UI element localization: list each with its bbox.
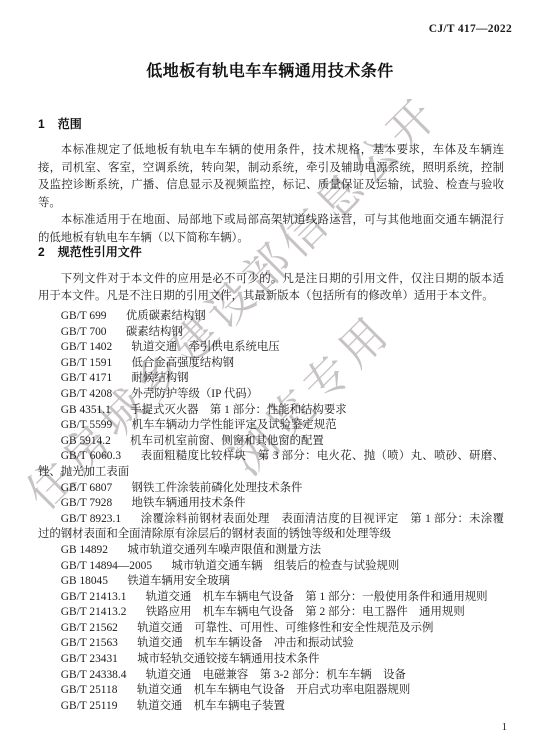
reference-item: GB/T 6060.3表面粗糙度比较样块 第 3 部分：电火花、抛（喷）丸、喷砂…	[38, 449, 504, 480]
reference-code: GB/T 23431	[61, 653, 118, 665]
reference-code: GB/T 700	[61, 326, 107, 338]
reference-item: GB/T 24338.4轨道交通 电磁兼容 第 3-2 部分：机车车辆 设备	[38, 668, 504, 684]
reference-code: GB/T 6060.3	[61, 450, 121, 462]
reference-item: GB 18045铁道车辆用安全玻璃	[38, 574, 504, 590]
reference-item: GB/T 14894—2005城市轨道交通车辆 组装后的检查与试验规则	[38, 559, 504, 575]
reference-item: GB/T 5599机车车辆动力学性能评定及试验鉴定规范	[38, 418, 504, 434]
reference-title: 机车司机室前窗、侧窗和其他窗的配置	[130, 435, 324, 447]
reference-code: GB/T 21563	[61, 637, 118, 649]
reference-code: GB/T 699	[61, 310, 107, 322]
reference-item: GB 5914.2机车司机室前窗、侧窗和其他窗的配置	[38, 434, 504, 450]
reference-code: GB/T 4208	[61, 388, 112, 400]
reference-item: GB/T 1402轨道交通 牵引供电系统电压	[38, 340, 504, 356]
reference-item: GB/T 8923.1涂覆涂料前钢材表面处理 表面清洁度的目视评定 第 1 部分…	[38, 512, 504, 543]
document-title: 低地板有轨电车车辆通用技术条件	[0, 58, 540, 81]
reference-item: GB/T 7928地铁车辆通用技术条件	[38, 496, 504, 512]
section-2-title: 规范性引用文件	[58, 245, 142, 259]
reference-title: 轨道交通 机车车辆电气设备 第 1 部分：一般使用条件和通用规则	[146, 591, 488, 603]
reference-code: GB 14892	[61, 544, 108, 556]
reference-title: 耐候结构钢	[132, 372, 189, 384]
reference-item: GB/T 21413.1轨道交通 机车车辆电气设备 第 1 部分：一般使用条件和…	[38, 590, 504, 606]
section-1-body: 本标准规定了低地板有轨电车车辆的使用条件，技术规格，基本要求，车体及车辆连接，司…	[38, 142, 504, 248]
reference-title: 钢铁工件涂装前磷化处理技术条件	[132, 482, 303, 494]
reference-code: GB/T 21413.1	[61, 591, 127, 603]
reference-code: GB 5914.2	[61, 435, 111, 447]
section-1-title: 范围	[58, 117, 82, 131]
reference-code: GB/T 1402	[61, 341, 112, 353]
reference-item: GB/T 25118轨道交通 机车车辆电气设备 开启式功率电阻器规则	[38, 683, 504, 699]
reference-code: GB/T 7928	[61, 497, 112, 509]
reference-title: 低合金高强度结构钢	[132, 357, 235, 369]
reference-title: 碳素结构钢	[126, 326, 183, 338]
reference-item: GB/T 1591低合金高强度结构钢	[38, 356, 504, 372]
reference-code: GB/T 1591	[61, 357, 112, 369]
section-1-number: 1	[38, 117, 45, 131]
reference-title: 轨道交通 机车车辆设备 冲击和振动试验	[137, 637, 353, 649]
page-number: 1	[502, 722, 507, 733]
reference-item: GB/T 699优质碳素结构钢	[38, 309, 504, 325]
reference-title: 铁路应用 机车车辆电气设备 第 2 部分：电工器件 通用规则	[146, 606, 465, 618]
reference-code: GB/T 24338.4	[61, 669, 127, 681]
section-2-heading: 2规范性引用文件	[38, 243, 142, 260]
reference-title: 轨道交通 牵引供电系统电压	[132, 341, 280, 353]
reference-code: GB/T 5599	[61, 419, 112, 431]
body-paragraph: 本标准规定了低地板有轨电车车辆的使用条件，技术规格，基本要求，车体及车辆连接，司…	[38, 142, 504, 212]
reference-item: GB/T 21413.2铁路应用 机车车辆电气设备 第 2 部分：电工器件 通用…	[38, 605, 504, 621]
reference-code: GB/T 25118	[61, 684, 118, 696]
reference-title: 手提式灭火器 第 1 部分：性能和结构要求	[130, 404, 346, 416]
reference-code: GB 4351.1	[61, 404, 111, 416]
reference-title: 城市轨道交通列车噪声限值和测量方法	[127, 544, 321, 556]
reference-title: 地铁车辆通用技术条件	[132, 497, 246, 509]
reference-item: GB/T 4208外壳防护等级（IP 代码）	[38, 387, 504, 403]
reference-code: GB/T 25119	[61, 700, 118, 712]
reference-item: GB/T 700碳素结构钢	[38, 325, 504, 341]
reference-item: GB/T 21563轨道交通 机车车辆设备 冲击和振动试验	[38, 636, 504, 652]
reference-title: 城市轻轨交通铰接车辆通用技术条件	[137, 653, 319, 665]
reference-item: GB/T 21562轨道交通 可靠性、可用性、可维修性和安全性规范及示例	[38, 621, 504, 637]
reference-code: GB/T 6807	[61, 482, 112, 494]
reference-title: 轨道交通 机车车辆电子装置	[137, 700, 285, 712]
reference-item: GB/T 25119轨道交通 机车车辆电子装置	[38, 699, 504, 715]
document-page: 住房城乡建设部信息公开 浏览专用 CJ/T 417—2022 低地板有轨电车车辆…	[0, 0, 540, 743]
reference-code: GB/T 21413.2	[61, 606, 127, 618]
reference-item: GB/T 6807钢铁工件涂装前磷化处理技术条件	[38, 481, 504, 497]
reference-title: 优质碳素结构钢	[126, 310, 206, 322]
reference-code: GB/T 14894—2005	[61, 560, 152, 572]
reference-title: 铁道车辆用安全玻璃	[127, 575, 230, 587]
reference-item: GB/T 4171耐候结构钢	[38, 371, 504, 387]
standard-code: CJ/T 417—2022	[429, 23, 512, 35]
reference-title: 城市轨道交通车辆 组装后的检查与试验规则	[171, 560, 399, 572]
reference-title: 轨道交通 可靠性、可用性、可维修性和安全性规范及示例	[137, 622, 433, 634]
reference-title: 轨道交通 电磁兼容 第 3-2 部分：机车车辆 设备	[146, 669, 406, 681]
reference-code: GB/T 4171	[61, 372, 112, 384]
reference-code: GB 18045	[61, 575, 108, 587]
reference-list: GB/T 699优质碳素结构钢GB/T 700碳素结构钢GB/T 1402轨道交…	[38, 309, 504, 714]
reference-title: 轨道交通 机车车辆电气设备 开启式功率电阻器规则	[137, 684, 410, 696]
section-2-number: 2	[38, 245, 45, 259]
reference-code: GB/T 21562	[61, 622, 118, 634]
reference-item: GB 14892城市轨道交通列车噪声限值和测量方法	[38, 543, 504, 559]
section-2-intro: 下列文件对于本文件的应用是必不可少的。凡是注日期的引用文件，仅注日期的版本适用于…	[38, 271, 504, 305]
section-1-heading: 1范围	[38, 115, 82, 132]
reference-item: GB 4351.1手提式灭火器 第 1 部分：性能和结构要求	[38, 403, 504, 419]
reference-title: 机车车辆动力学性能评定及试验鉴定规范	[132, 419, 337, 431]
intro-paragraph: 下列文件对于本文件的应用是必不可少的。凡是注日期的引用文件，仅注日期的版本适用于…	[38, 271, 504, 305]
reference-item: GB/T 23431城市轻轨交通铰接车辆通用技术条件	[38, 652, 504, 668]
reference-code: GB/T 8923.1	[61, 513, 121, 525]
reference-title: 外壳防护等级（IP 代码）	[132, 388, 258, 400]
